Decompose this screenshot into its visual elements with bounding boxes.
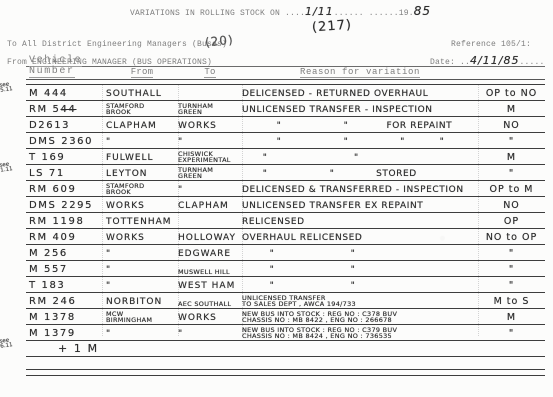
from-location: [102, 368, 178, 369]
vehicle-number: DMS 2360: [26, 136, 102, 148]
status-code: ": [478, 328, 545, 340]
reason-for-variation: UNLICENSED TRANSFER - INSPECTION: [242, 105, 478, 116]
to-location: TURNHAMGREEN: [178, 167, 242, 180]
margin-note: see 1.11: [0, 160, 26, 173]
table-row: [26, 370, 545, 376]
vehicle-number: M 557: [26, 264, 102, 276]
to-location: WORKS: [178, 313, 242, 324]
vehicle-number: LS 71: [26, 168, 102, 180]
handwritten-day: 1/11: [305, 5, 334, 18]
status-code: M: [478, 104, 545, 116]
vehicle-number: M 1378: [26, 312, 102, 324]
table-row: RM 544STAMFORDBROOKTURNHAMGREENUNLICENSE…: [26, 101, 545, 117]
document-title: VARIATIONS IN ROLLING STOCK ON ....1/11.…: [130, 4, 431, 18]
vehicle-number: RM 1198: [26, 216, 102, 228]
title-text: VARIATIONS IN ROLLING STOCK ON: [130, 9, 280, 18]
handwritten-copy-count: (20): [204, 33, 234, 50]
status-code: NO: [478, 120, 545, 132]
from-location: FULWELL: [102, 153, 178, 164]
table-row: see 1.11LS 71LEYTONTURNHAMGREEN " " STOR…: [26, 165, 545, 181]
reason-for-variation: NEW BUS INTO STOCK : REG NO : C378 BUVCH…: [242, 311, 478, 324]
margin-note: see 6.11: [0, 336, 26, 349]
reason-for-variation: " " " ": [242, 137, 478, 148]
col-header-from: From: [131, 67, 153, 78]
title-dots: ....: [280, 9, 305, 18]
reason-for-variation: UNLICENSED TRANSFERTO SALES DEPT , AWCA …: [242, 295, 478, 308]
to-location: CLAPHAM: [178, 201, 242, 212]
vehicle-number: D2613: [26, 120, 102, 132]
reason-for-variation: " ": [242, 281, 478, 292]
reason-for-variation: DELICENSED - RETURNED OVERHAUL: [242, 89, 478, 100]
reason-for-variation: [242, 368, 478, 369]
to-location: [178, 368, 242, 369]
from-location: CLAPHAM: [102, 121, 178, 132]
from-location: WORKS: [102, 201, 178, 212]
title-year-typed: 19.: [399, 9, 414, 18]
status-code: ": [478, 136, 545, 148]
table-header-row: Vehicle Number From To Reason for variat…: [26, 66, 545, 80]
vehicle-number: M 444: [26, 88, 102, 100]
table-row: T 183"WEST HAM " "": [26, 277, 545, 293]
col-header-to: To: [204, 67, 215, 78]
table-row: [26, 357, 545, 370]
status-code: M: [478, 152, 545, 164]
status-code: NO to OP: [478, 232, 545, 244]
status-code: ": [478, 280, 545, 292]
table-row: RM 246NORBITONAEC SOUTHALLUNLICENSED TRA…: [26, 293, 545, 309]
title-dots-2: ...... ......: [334, 9, 399, 18]
reason-for-variation: [242, 355, 478, 356]
reason-for-variation: RELICENSED: [242, 217, 478, 228]
table-row: RM 1198TOTTENHAMRELICENSEDOP: [26, 213, 545, 229]
table-row: see 6.11+ 1 M: [26, 341, 545, 357]
table-row: M 1379""NEW BUS INTO STOCK : REG NO : C3…: [26, 325, 545, 341]
handwritten-annotation-217: (217): [312, 18, 353, 36]
to-location: ": [178, 185, 242, 196]
to-location: MUSWELL HILL: [178, 269, 242, 276]
table-row: M 1378MCWBIRMINGHAMWORKSNEW BUS INTO STO…: [26, 309, 545, 325]
table-row: see 5.11M 444SOUTHALLDELICENSED - RETURN…: [26, 85, 545, 101]
reason-for-variation: " ": [242, 153, 478, 164]
to-location: ": [178, 137, 242, 148]
vehicle-number: M 256: [26, 248, 102, 260]
status-code: [478, 368, 545, 369]
scanned-memo-page: VARIATIONS IN ROLLING STOCK ON ....1/11.…: [0, 0, 553, 397]
reason-for-variation: DELICENSED & TRANSFERRED - INSPECTION: [242, 185, 478, 196]
vehicle-number: RM 609: [26, 184, 102, 196]
vehicle-number: RM 409: [26, 232, 102, 244]
to-location: AEC SOUTHALL: [178, 301, 242, 308]
variations-table: Vehicle Number From To Reason for variat…: [26, 66, 545, 376]
handwritten-year: 85: [414, 4, 431, 18]
table-row: DMS 2360"" " " " "": [26, 133, 545, 149]
reason-for-variation: " " STORED: [242, 169, 478, 180]
col-header-reason: Reason for variation: [300, 67, 420, 78]
from-location: ": [102, 281, 178, 292]
vehicle-number: [26, 368, 102, 369]
reason-for-variation: UNLICENSED TRANSFER EX REPAINT: [242, 201, 478, 212]
table-row: M 557"MUSWELL HILL " "": [26, 261, 545, 277]
status-code: [478, 355, 545, 356]
to-location: [178, 374, 242, 375]
status-code: M: [478, 312, 545, 324]
reason-for-variation: " ": [242, 265, 478, 276]
to-location: ": [178, 329, 242, 340]
status-code: ": [478, 248, 545, 260]
from-location: MCWBIRMINGHAM: [102, 311, 178, 324]
reason-for-variation: [242, 374, 478, 375]
status-code: ": [478, 264, 545, 276]
status-code: OP: [478, 216, 545, 228]
from-location: STAMFORDBROOK: [102, 103, 178, 116]
table-row: T 169FULWELLCHISWICKEXPERIMENTAL " "M: [26, 149, 545, 165]
table-row: RM 409WORKSHOLLOWAYOVERHAUL RELICENSEDNO…: [26, 229, 545, 245]
from-location: TOTTENHAM: [102, 217, 178, 228]
vehicle-number: DMS 2295: [26, 200, 102, 212]
status-code: M to S: [478, 296, 545, 308]
struck-digits: 44: [61, 104, 77, 115]
status-code: OP to NO: [478, 88, 545, 100]
status-code: NO: [478, 200, 545, 212]
from-location: ": [102, 137, 178, 148]
reason-for-variation: " " FOR REPAINT: [242, 121, 478, 132]
vehicle-number: + 1 M: [26, 342, 102, 356]
table-row: DMS 2295WORKSCLAPHAMUNLICENSED TRANSFER …: [26, 197, 545, 213]
reason-for-variation: OVERHAUL RELICENSED: [242, 233, 478, 244]
from-location: WORKS: [102, 233, 178, 244]
addressee-line: To All District Engineering Managers (Bu…: [7, 40, 227, 49]
to-location: HOLLOWAY: [178, 233, 242, 244]
vehicle-number: [26, 374, 102, 375]
from-location: LEYTON: [102, 169, 178, 180]
to-location: [178, 355, 242, 356]
table-row: RM 609STAMFORDBROOK"DELICENSED & TRANSFE…: [26, 181, 545, 197]
reason-for-variation: NEW BUS INTO STOCK : REG NO : C379 BUVCH…: [242, 327, 478, 340]
to-location: WORKS: [178, 121, 242, 132]
col-header-vehicle: Vehicle Number: [29, 55, 82, 78]
to-location: CHISWICKEXPERIMENTAL: [178, 151, 242, 164]
from-location: [102, 355, 178, 356]
vehicle-number: T 169: [26, 152, 102, 164]
reason-for-variation: " ": [242, 249, 478, 260]
from-location: ": [102, 265, 178, 276]
status-code: ": [478, 168, 545, 180]
to-location: EDGWARE: [178, 249, 242, 260]
to-location: TURNHAMGREEN: [178, 103, 242, 116]
margin-note: see 5.11: [0, 80, 26, 93]
vehicle-number: RM 246: [26, 296, 102, 308]
to-location: WEST HAM: [178, 281, 242, 292]
from-location: [102, 374, 178, 375]
status-code: OP to M: [478, 184, 545, 196]
from-location: SOUTHALL: [102, 89, 178, 100]
from-location: ": [102, 329, 178, 340]
to-location: [178, 99, 242, 100]
status-code: [478, 374, 545, 375]
table-row: D2613CLAPHAMWORKS " " FOR REPAINTNO: [26, 117, 545, 133]
from-location: ": [102, 249, 178, 260]
to-location: [178, 227, 242, 228]
vehicle-number: M 1379: [26, 328, 102, 340]
from-location: STAMFORDBROOK: [102, 183, 178, 196]
vehicle-number: RM 544: [26, 104, 102, 116]
vehicle-number: T 183: [26, 280, 102, 292]
reference-number: Reference 105/1:: [451, 40, 531, 49]
from-location: NORBITON: [102, 297, 178, 308]
table-body: see 5.11M 444SOUTHALLDELICENSED - RETURN…: [26, 85, 545, 376]
table-row: M 256"EDGWARE " "": [26, 245, 545, 261]
